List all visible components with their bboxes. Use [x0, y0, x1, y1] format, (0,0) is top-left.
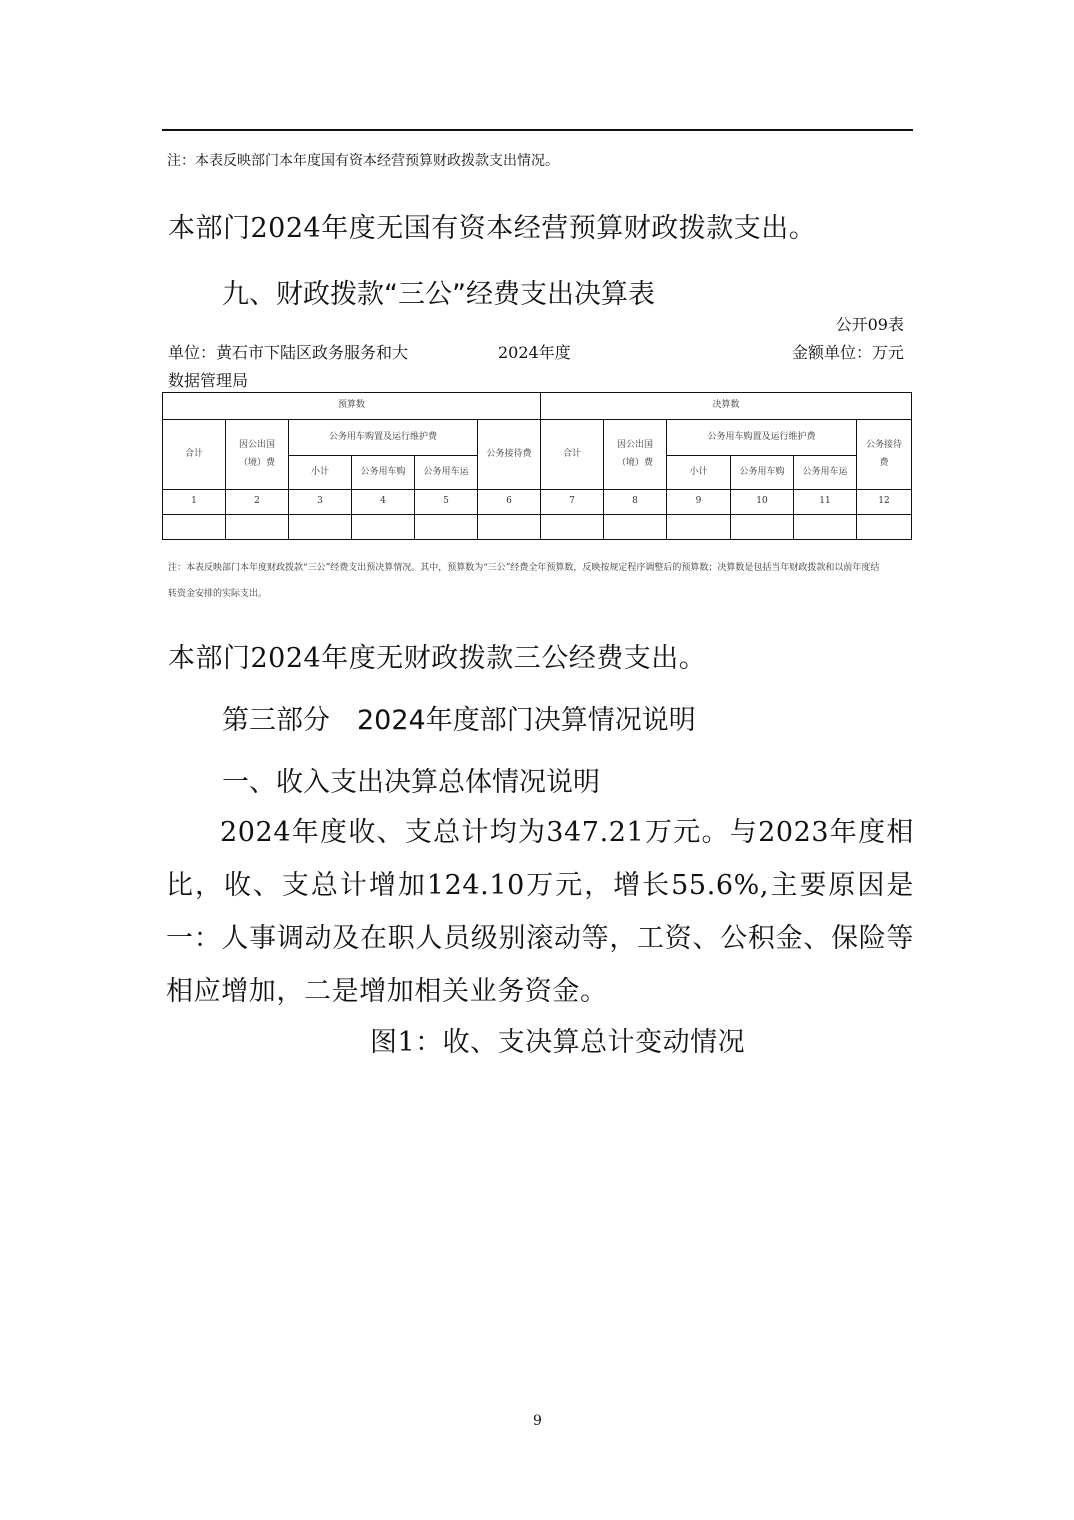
colnum-2: 2 — [226, 490, 289, 515]
top-note: 注：本表反映部门本年度国有资本经营预算财政拨款支出情况。 — [167, 150, 559, 170]
summary-paragraph: 2024年度收、支总计均为347.21万元。与2023年度相比，收、支总计增加1… — [166, 806, 914, 1018]
col-vehicle: 公务用车购置及运行维护费 — [289, 420, 478, 456]
table-code: 公开09表 — [836, 312, 904, 335]
value-3 — [289, 515, 352, 540]
value-7 — [541, 515, 604, 540]
value-1 — [163, 515, 226, 540]
col-operate: 公务用车运 — [415, 456, 478, 490]
colnum-6: 6 — [478, 490, 541, 515]
section-title: 九、财政拨款“三公”经费支出决算表 — [222, 272, 655, 311]
col-reception: 公务接待费 — [478, 420, 541, 490]
col-purchase-final: 公务用车购 — [731, 456, 794, 490]
col-abroad-final: 因公出国（境）费 — [604, 420, 667, 490]
colnum-4: 4 — [352, 490, 415, 515]
colnum-7: 7 — [541, 490, 604, 515]
colnum-11: 11 — [794, 490, 857, 515]
colnum-9: 9 — [667, 490, 731, 515]
colnum-8: 8 — [604, 490, 667, 515]
col-vehicle-final: 公务用车购置及运行维护费 — [667, 420, 857, 456]
unit-label: 单位：黄石市下陆区政务服务和大 — [168, 340, 408, 363]
part-title: 第三部分 2024年度部门决算情况说明 — [222, 698, 696, 737]
figure-caption: 图1：收、支决算总计变动情况 — [370, 1020, 745, 1059]
colnum-1: 1 — [163, 490, 226, 515]
colnum-12: 12 — [857, 490, 912, 515]
value-11 — [794, 515, 857, 540]
statement-no-three-public: 本部门2024年度无财政拨款三公经费支出。 — [168, 636, 706, 675]
statement-no-state-capital: 本部门2024年度无国有资本经营预算财政拨款支出。 — [168, 206, 816, 245]
top-rule — [162, 129, 913, 131]
table-row — [163, 515, 912, 540]
col-reception-final: 公务接待费 — [857, 420, 912, 490]
value-2 — [226, 515, 289, 540]
column-number-row: 1 2 3 4 5 6 7 8 9 10 11 12 — [163, 490, 912, 515]
colnum-5: 5 — [415, 490, 478, 515]
page-number: 9 — [533, 1413, 542, 1429]
group-final: 决算数 — [541, 393, 912, 420]
col-purchase: 公务用车购 — [352, 456, 415, 490]
subsection-title: 一、收入支出决算总体情况说明 — [222, 760, 600, 799]
table-note-line-1: 注：本表反映部门本年度财政拨款“三公”经费支出预决算情况。其中，预算数为“三公”… — [168, 560, 879, 573]
value-4 — [352, 515, 415, 540]
value-6 — [478, 515, 541, 540]
three-public-expenses-table: 预算数 决算数 合计 因公出国（境）费 公务用车购置及运行维护费 公务接待费 合… — [162, 392, 912, 540]
col-subtotal-final: 小计 — [667, 456, 731, 490]
col-total-final: 合计 — [541, 420, 604, 490]
group-budget: 预算数 — [163, 393, 541, 420]
col-subtotal: 小计 — [289, 456, 352, 490]
unit-label-cont: 数据管理局 — [168, 368, 248, 391]
value-8 — [604, 515, 667, 540]
amount-unit: 金额单位：万元 — [792, 340, 904, 363]
value-5 — [415, 515, 478, 540]
colnum-10: 10 — [731, 490, 794, 515]
value-9 — [667, 515, 731, 540]
value-10 — [731, 515, 794, 540]
year-label: 2024年度 — [498, 340, 571, 363]
colnum-3: 3 — [289, 490, 352, 515]
col-operate-final: 公务用车运 — [794, 456, 857, 490]
table-note-line-2: 转资金安排的实际支出。 — [168, 586, 267, 599]
col-total: 合计 — [163, 420, 226, 490]
value-12 — [857, 515, 912, 540]
col-abroad: 因公出国（境）费 — [226, 420, 289, 490]
